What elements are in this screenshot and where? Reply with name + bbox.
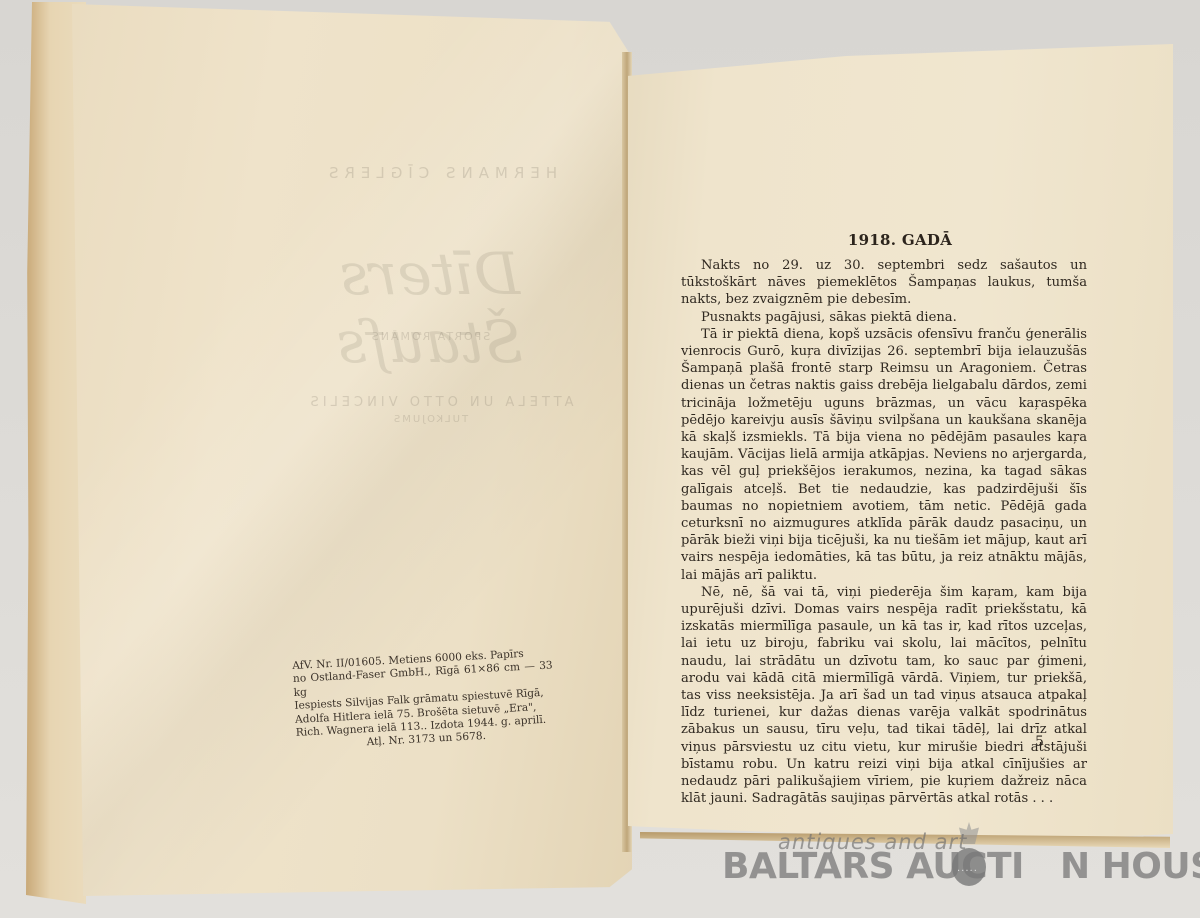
- paragraph: Tā ir piektā diena, kopš uzsācis ofensīv…: [681, 326, 1087, 584]
- showthrough-genre: SPORTA ROMĀNS: [330, 330, 530, 343]
- paragraph: Pusnakts pagājusi, sākas piektā diena.: [681, 309, 1087, 326]
- orb-dots: .....: [957, 863, 978, 874]
- paragraph: Nē, nē, šā vai tā, viņi piederēja šim ka…: [681, 584, 1087, 808]
- publication-imprint: AfV. Nr. II/01605. Metiens 6000 eks. Pap…: [292, 646, 557, 753]
- auction-house-watermark: antiques and art BALTARS AUCTIN HOUSE ..…: [722, 820, 1142, 890]
- showthrough-title: Dīters Štaufs: [250, 240, 610, 376]
- showthrough-translator-role: TULKOJUMS: [330, 414, 530, 425]
- showthrough-author: HERMANS CĪGLERS: [290, 164, 590, 182]
- paragraph: Nakts no 29. uz 30. septembri sedz sašau…: [681, 257, 1087, 309]
- chapter-title: 1918. GADĀ: [640, 231, 1160, 249]
- left-page: [72, 4, 632, 896]
- watermark-name-right: N HOUSE: [1060, 846, 1200, 887]
- showthrough-translator: ATTĒLA UN OTTO VINCELIS: [290, 395, 590, 410]
- chapter-body: Nakts no 29. uz 30. septembri sedz sašau…: [681, 257, 1087, 808]
- page-number: 5: [1035, 734, 1044, 750]
